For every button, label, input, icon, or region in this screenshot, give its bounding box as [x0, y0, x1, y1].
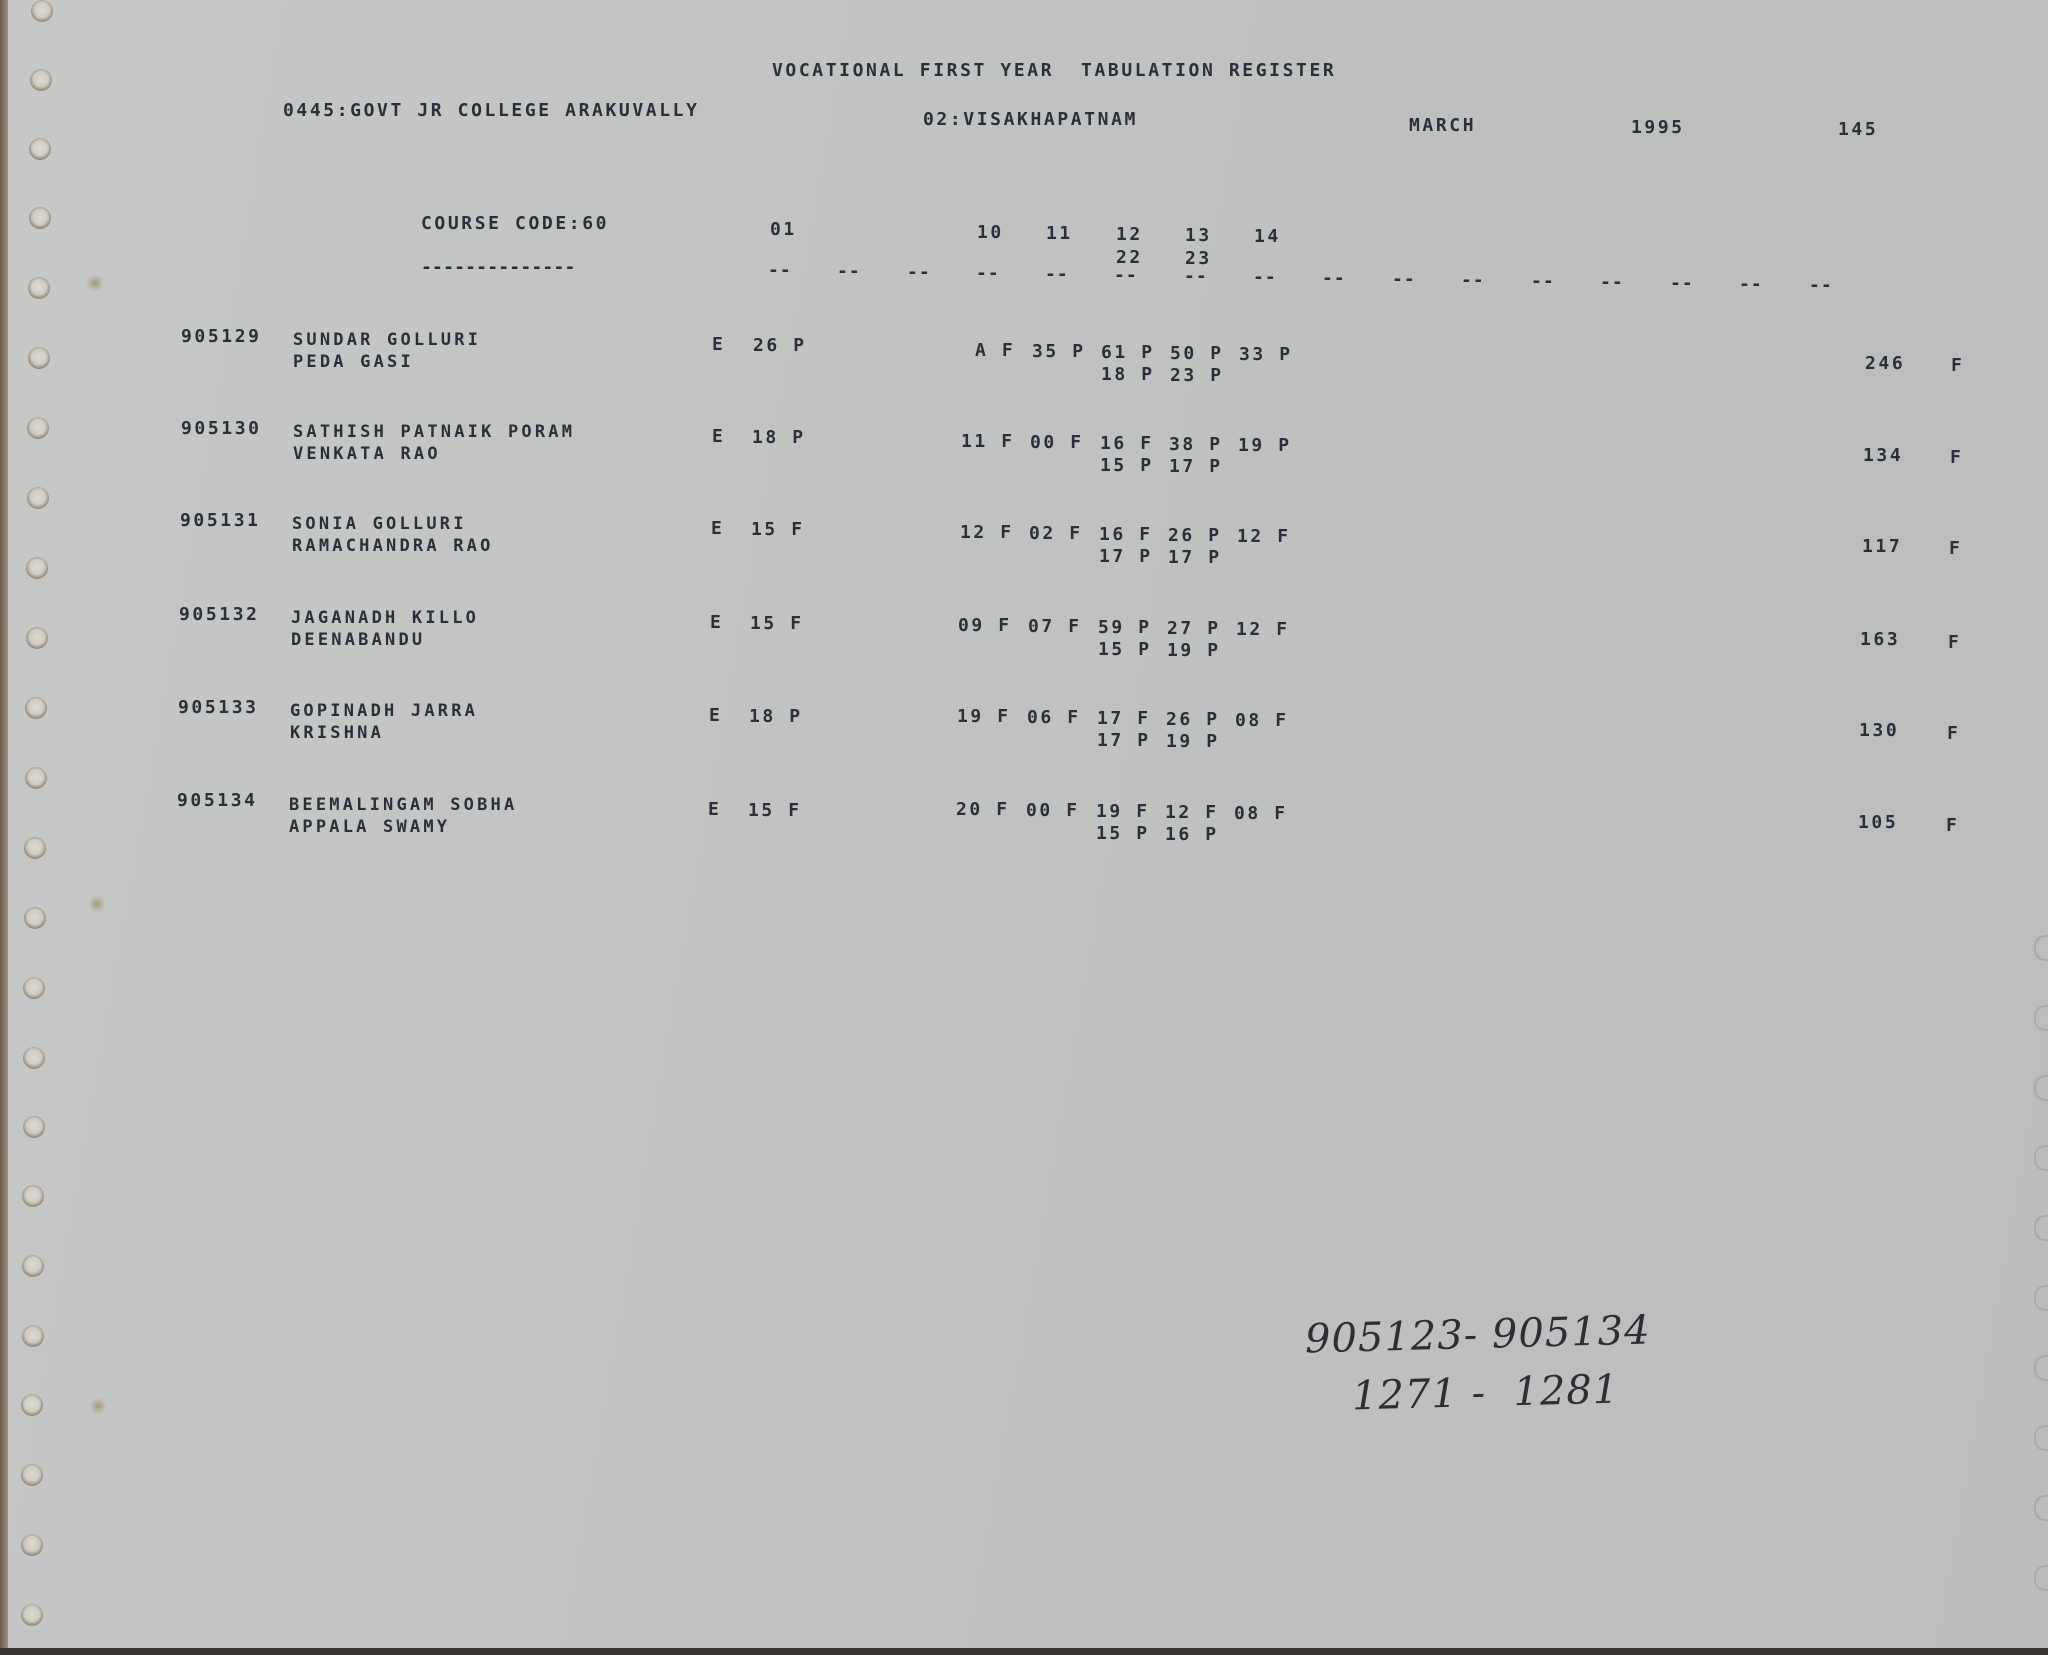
mark-11: 00 F [1030, 432, 1084, 453]
sprocket-hole-icon [2034, 1425, 2048, 1451]
sprocket-hole-icon [2034, 1075, 2048, 1101]
paper-speck-icon [86, 274, 104, 292]
mark-22: 15 P [1098, 639, 1152, 660]
sprocket-hole-icon [31, 0, 53, 22]
sprocket-hole-icon [29, 138, 51, 160]
column-dash: -- [1461, 270, 1485, 291]
sprocket-hole-icon [22, 1185, 44, 1207]
total-marks: 246 [1865, 353, 1905, 374]
mark-10: 11 F [961, 431, 1015, 452]
roll-number: 905131 [180, 510, 261, 531]
mark-01: 26 P [753, 335, 807, 356]
mark-22: 17 P [1097, 730, 1151, 751]
mark-14: 08 F [1235, 710, 1289, 731]
sprocket-hole-icon [24, 837, 46, 859]
column-dash: -- [1322, 268, 1346, 289]
sprocket-hole-icon [21, 1464, 43, 1486]
roll-number: 905133 [178, 697, 259, 718]
total-marks: 163 [1860, 629, 1900, 650]
result-status: F [1948, 632, 1961, 653]
mark-23: 17 P [1169, 456, 1223, 477]
sprocket-hole-icon [27, 487, 49, 509]
mark-13: 26 P [1168, 525, 1222, 546]
mark-13: 50 P [1170, 343, 1224, 364]
parent-name: DEENABANDU [291, 630, 425, 650]
mark-22: 15 P [1096, 823, 1150, 844]
paper-left-edge [0, 0, 8, 1655]
language-code: E [709, 705, 722, 726]
result-status: F [1949, 538, 1962, 559]
exam-year: 1995 [1631, 117, 1685, 138]
column-dash: -- [1253, 267, 1277, 288]
sprocket-hole-icon [28, 277, 50, 299]
sprocket-hole-icon [23, 1116, 45, 1138]
student-name: GOPINADH JARRA [290, 701, 478, 721]
sprocket-hole-icon [23, 1047, 45, 1069]
result-status: F [1950, 447, 1963, 468]
mark-11: 06 F [1027, 707, 1081, 728]
mark-13: 12 F [1165, 802, 1219, 823]
mark-01: 15 F [750, 613, 804, 634]
subject-code-13: 13 [1185, 225, 1212, 246]
total-marks: 105 [1858, 812, 1898, 833]
mark-12: 19 F [1096, 801, 1150, 822]
column-dash: -- [907, 262, 931, 283]
sprocket-hole-icon [21, 1534, 43, 1556]
sprocket-hole-icon [29, 207, 51, 229]
roll-number: 905132 [179, 604, 260, 625]
student-name: SUNDAR GOLLURI [293, 330, 481, 350]
total-marks: 117 [1862, 536, 1902, 557]
column-dash: -- [976, 263, 1000, 284]
mark-13: 38 P [1169, 434, 1223, 455]
mark-11: 35 P [1032, 341, 1086, 362]
sprocket-hole-icon [22, 1325, 44, 1347]
course-code-label: COURSE CODE:60 [421, 213, 609, 234]
college-name: 0445:GOVT JR COLLEGE ARAKUVALLY [283, 100, 700, 121]
roll-number: 905134 [177, 790, 258, 811]
mark-01: 18 P [752, 427, 806, 448]
language-code: E [710, 612, 723, 633]
parent-name: APPALA SWAMY [289, 817, 450, 837]
parent-name: RAMACHANDRA RAO [292, 536, 494, 556]
mark-23: 19 P [1167, 640, 1221, 661]
mark-10: 20 F [956, 799, 1010, 820]
language-code: E [712, 426, 725, 447]
sprocket-hole-icon [2034, 1215, 2048, 1241]
mark-11: 02 F [1029, 523, 1083, 544]
column-dash: -- [1739, 274, 1763, 295]
district-name: 02:VISAKHAPATNAM [923, 109, 1138, 130]
sprocket-hole-icon [26, 627, 48, 649]
mark-10: 12 F [960, 522, 1014, 543]
subject-code-12: 12 [1116, 224, 1143, 245]
mark-10: 09 F [958, 615, 1012, 636]
sprocket-hole-icon [2034, 1355, 2048, 1381]
handwritten-serial-range: 1271 - 1281 [1351, 1367, 1619, 1420]
mark-14: 19 P [1238, 435, 1292, 456]
column-dash: -- [1045, 264, 1069, 285]
mark-12: 16 F [1100, 433, 1154, 454]
mark-13: 26 P [1166, 709, 1220, 730]
mark-14: 12 F [1236, 619, 1290, 640]
sprocket-hole-icon [2034, 1565, 2048, 1591]
mark-12: 17 F [1097, 708, 1151, 729]
total-marks: 130 [1859, 720, 1899, 741]
column-dash: -- [1809, 275, 1833, 296]
parent-name: VENKATA RAO [293, 444, 441, 464]
roll-number: 905129 [181, 326, 262, 347]
column-dash: -- [768, 260, 792, 281]
sprocket-hole-icon [28, 347, 50, 369]
language-code: E [708, 799, 721, 820]
student-name: JAGANADH KILLO [291, 608, 479, 628]
parent-name: PEDA GASI [293, 352, 414, 372]
mark-10: 19 F [957, 706, 1011, 727]
mark-22: 17 P [1099, 546, 1153, 567]
column-dash: -- [1670, 273, 1694, 294]
mark-01: 15 F [751, 519, 805, 540]
column-dash: -- [837, 261, 861, 282]
student-name: SONIA GOLLURI [292, 514, 467, 534]
column-dash: -- [1392, 269, 1416, 290]
sprocket-hole-icon [27, 417, 49, 439]
column-dash: -- [1184, 266, 1208, 287]
mark-01: 15 F [748, 800, 802, 821]
mark-13: 27 P [1167, 618, 1221, 639]
paper-bottom-edge [0, 1648, 2048, 1655]
sprocket-hole-icon [21, 1394, 43, 1416]
column-dash: -- [1531, 271, 1555, 292]
mark-22: 18 P [1101, 364, 1155, 385]
language-code: E [711, 518, 724, 539]
language-code: E [712, 334, 725, 355]
student-name: BEEMALINGAM SOBHA [289, 795, 517, 815]
mark-14: 08 F [1234, 803, 1288, 824]
roll-number: 905130 [181, 418, 262, 439]
mark-11: 07 F [1028, 616, 1082, 637]
mark-11: 00 F [1026, 800, 1080, 821]
subject-code-11: 11 [1046, 223, 1073, 244]
subject-code-14: 14 [1254, 226, 1281, 247]
mark-12: 59 P [1098, 617, 1152, 638]
mark-23: 17 P [1168, 547, 1222, 568]
sprocket-hole-icon [30, 69, 52, 91]
course-code-underline: -------------- [421, 257, 576, 278]
mark-14: 12 F [1237, 526, 1291, 547]
sprocket-hole-icon [26, 557, 48, 579]
report-title: VOCATIONAL FIRST YEAR TABULATION REGISTE… [772, 60, 1336, 81]
subject-code-10: 10 [977, 222, 1004, 243]
mark-22: 15 P [1100, 455, 1154, 476]
result-status: F [1946, 815, 1959, 836]
sprocket-hole-icon [2034, 1285, 2048, 1311]
exam-month: MARCH [1409, 115, 1476, 136]
mark-14: 33 P [1239, 344, 1293, 365]
sprocket-hole-icon [2034, 935, 2048, 961]
page-number: 145 [1838, 119, 1878, 140]
mark-23: 23 P [1170, 365, 1224, 386]
sprocket-hole-icon [25, 697, 47, 719]
mark-12: 16 F [1099, 524, 1153, 545]
paper-speck-icon [89, 1397, 107, 1415]
sprocket-hole-icon [24, 907, 46, 929]
column-dash: -- [1114, 265, 1138, 286]
result-status: F [1951, 355, 1964, 376]
sprocket-hole-icon [25, 767, 47, 789]
column-dash: -- [1600, 272, 1624, 293]
sprocket-hole-icon [2034, 1005, 2048, 1031]
sprocket-hole-icon [21, 1604, 43, 1626]
parent-name: KRISHNA [290, 723, 384, 743]
paper-speck-icon [88, 895, 106, 913]
sprocket-hole-icon [2034, 1495, 2048, 1521]
mark-23: 19 P [1166, 731, 1220, 752]
sprocket-hole-icon [22, 1255, 44, 1277]
mark-10: A F [975, 340, 1015, 361]
mark-12: 61 P [1101, 342, 1155, 363]
handwritten-roll-range: 905123- 905134 [1304, 1307, 1651, 1362]
sprocket-hole-icon [23, 977, 45, 999]
result-status: F [1947, 723, 1960, 744]
mark-23: 16 P [1165, 824, 1219, 845]
sprocket-hole-icon [2034, 1145, 2048, 1171]
mark-01: 18 P [749, 706, 803, 727]
total-marks: 134 [1863, 445, 1903, 466]
student-name: SATHISH PATNAIK PORAM [293, 422, 575, 442]
subject-code-01: 01 [770, 219, 797, 240]
